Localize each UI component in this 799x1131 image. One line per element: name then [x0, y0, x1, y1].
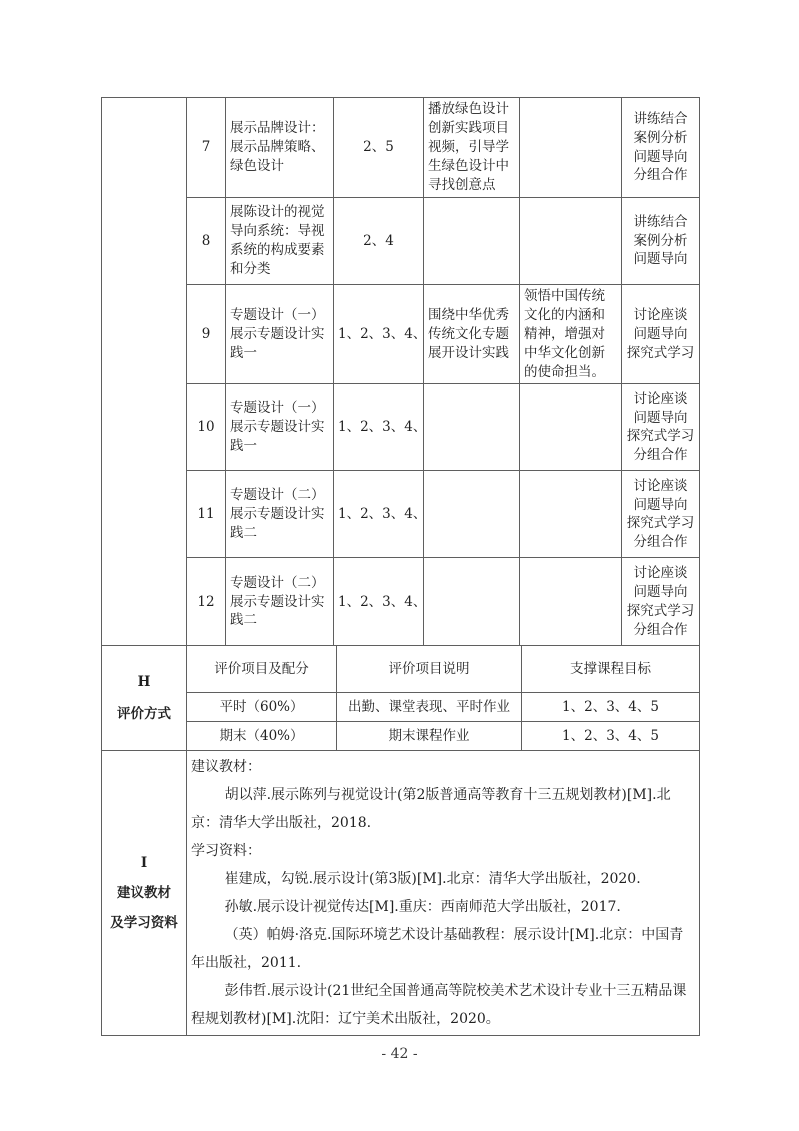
section-i-title-line2: 及学习资料 [106, 908, 182, 938]
schedule-cell-ideological: 播放绿色设计创新实践项目视频，引导学生绿色设计中寻找创意点 [424, 98, 520, 198]
section-h-title: 评价方式 [106, 705, 182, 724]
schedule-cell-no: 10 [187, 384, 226, 471]
section-i-letter: I [106, 848, 182, 878]
materials-row: I 建议教材 及学习资料 建议教材：胡以萍.展示陈列与视觉设计(第2版普通高等教… [102, 751, 700, 1036]
schedule-cell-no: 7 [187, 98, 226, 198]
bibliography-entry: （英）帕姆·洛克.国际环境艺术设计基础教程：展示设计[M].北京：中国青年出版社… [191, 921, 695, 977]
schedule-cell-effect [520, 198, 622, 285]
schedule-cell-content: 展示品牌设计：展示品牌策略、绿色设计 [226, 98, 334, 198]
section-h-label-cell: H 评价方式 [102, 646, 187, 751]
schedule-row: 12专题设计（二） 展示专题设计实践二1、2、3、4、5讨论座谈 问题导向 探究… [102, 558, 700, 646]
schedule-cell-methods: 讲练结合 案例分析 问题导向 [622, 198, 700, 285]
schedule-cell-effect [520, 558, 622, 646]
evaluation-header-item: 评价项目及配分 [187, 646, 337, 693]
schedule-cell-objectives: 1、2、3、4、5 [334, 558, 424, 646]
schedule-cell-methods: 讲练结合 案例分析 问题导向 分组合作 [622, 98, 700, 198]
evaluation-cell-item: 期末（40%） [187, 722, 337, 751]
schedule-cell-ideological: 围绕中华优秀传统文化专题展开设计实践 [424, 285, 520, 384]
schedule-cell-effect: 领悟中国传统文化的内涵和精神，增强对中华文化创新的使命担当。 [520, 285, 622, 384]
schedule-cell-objectives: 2、4 [334, 198, 424, 285]
syllabus-document: 7展示品牌设计：展示品牌策略、绿色设计2、5播放绿色设计创新实践项目视频，引导学… [101, 97, 699, 1036]
section-g-label-cell [102, 98, 187, 646]
evaluation-cell-item: 平时（60%） [187, 693, 337, 722]
evaluation-header-targets: 支撑课程目标 [522, 646, 700, 693]
schedule-cell-effect [520, 98, 622, 198]
schedule-cell-effect [520, 471, 622, 558]
bibliography-entry: 崔建成，勾锐.展示设计(第3版)[M].北京：清华大学出版社，2020. [191, 865, 695, 893]
section-i-label-cell: I 建议教材 及学习资料 [102, 751, 187, 1036]
evaluation-cell-desc: 出勤、课堂表现、平时作业 [337, 693, 522, 722]
schedule-cell-objectives: 1、2、3、4、5 [334, 471, 424, 558]
materials-table: I 建议教材 及学习资料 建议教材：胡以萍.展示陈列与视觉设计(第2版普通高等教… [101, 750, 700, 1036]
evaluation-row: 期末（40%） 期末课程作业 1、2、3、4、5 [102, 722, 700, 751]
schedule-row: 11专题设计（二） 展示专题设计实践二1、2、3、4、5讨论座谈 问题导向 探究… [102, 471, 700, 558]
materials-heading: 学习资料： [191, 837, 695, 865]
evaluation-header-desc: 评价项目说明 [337, 646, 522, 693]
schedule-cell-methods: 讨论座谈 问题导向 探究式学习 [622, 285, 700, 384]
schedule-cell-content: 展陈设计的视觉导向系统：导视系统的构成要素和分类 [226, 198, 334, 285]
bibliography-entry: 孙敏.展示设计视觉传达[M].重庆：西南师范大学出版社，2017. [191, 893, 695, 921]
schedule-cell-methods: 讨论座谈 问题导向 探究式学习 分组合作 [622, 384, 700, 471]
schedule-cell-content: 专题设计（二） 展示专题设计实践二 [226, 558, 334, 646]
schedule-cell-effect [520, 384, 622, 471]
document-page: 7展示品牌设计：展示品牌策略、绿色设计2、5播放绿色设计创新实践项目视频，引导学… [0, 0, 799, 1131]
schedule-cell-content: 专题设计（一） 展示专题设计实践一 [226, 384, 334, 471]
schedule-cell-objectives: 2、5 [334, 98, 424, 198]
course-schedule-table: 7展示品牌设计：展示品牌策略、绿色设计2、5播放绿色设计创新实践项目视频，引导学… [101, 97, 700, 646]
schedule-cell-content: 专题设计（二） 展示专题设计实践二 [226, 471, 334, 558]
schedule-row: 8展陈设计的视觉导向系统：导视系统的构成要素和分类2、4讲练结合 案例分析 问题… [102, 198, 700, 285]
schedule-row: 9专题设计（一） 展示专题设计实践一1、2、3、4、5围绕中华优秀传统文化专题展… [102, 285, 700, 384]
bibliography-entry: 胡以萍.展示陈列与视觉设计(第2版普通高等教育十三五规划教材)[M].北京：清华… [191, 781, 695, 837]
section-h-letter: H [106, 673, 182, 692]
evaluation-cell-desc: 期末课程作业 [337, 722, 522, 751]
section-i-title-line1: 建议教材 [106, 878, 182, 908]
evaluation-row: 平时（60%） 出勤、课堂表现、平时作业 1、2、3、4、5 [102, 693, 700, 722]
schedule-cell-objectives: 1、2、3、4、5 [334, 384, 424, 471]
page-number: - 42 - [0, 1046, 799, 1062]
schedule-cell-objectives: 1、2、3、4、5 [334, 285, 424, 384]
schedule-cell-methods: 讨论座谈 问题导向 探究式学习 分组合作 [622, 471, 700, 558]
bibliography-entry: 彭伟哲.展示设计(21世纪全国普通高等院校美术艺术设计专业十三五精品课程规划教材… [191, 977, 695, 1033]
schedule-row: 10专题设计（一） 展示专题设计实践一1、2、3、4、5讨论座谈 问题导向 探究… [102, 384, 700, 471]
schedule-cell-ideological [424, 558, 520, 646]
schedule-cell-methods: 讨论座谈 问题导向 探究式学习 分组合作 [622, 558, 700, 646]
schedule-row: 7展示品牌设计：展示品牌策略、绿色设计2、5播放绿色设计创新实践项目视频，引导学… [102, 98, 700, 198]
evaluation-cell-targets: 1、2、3、4、5 [522, 722, 700, 751]
schedule-cell-content: 专题设计（一） 展示专题设计实践一 [226, 285, 334, 384]
schedule-cell-no: 9 [187, 285, 226, 384]
materials-content-cell: 建议教材：胡以萍.展示陈列与视觉设计(第2版普通高等教育十三五规划教材)[M].… [187, 751, 700, 1036]
schedule-cell-ideological [424, 198, 520, 285]
schedule-cell-ideological [424, 384, 520, 471]
evaluation-table: H 评价方式 评价项目及配分 评价项目说明 支撑课程目标 平时（60%） 出勤、… [101, 645, 700, 751]
evaluation-cell-targets: 1、2、3、4、5 [522, 693, 700, 722]
schedule-cell-ideological [424, 471, 520, 558]
materials-heading: 建议教材： [191, 753, 695, 781]
schedule-cell-no: 8 [187, 198, 226, 285]
evaluation-header-row: H 评价方式 评价项目及配分 评价项目说明 支撑课程目标 [102, 646, 700, 693]
schedule-cell-no: 12 [187, 558, 226, 646]
schedule-cell-no: 11 [187, 471, 226, 558]
